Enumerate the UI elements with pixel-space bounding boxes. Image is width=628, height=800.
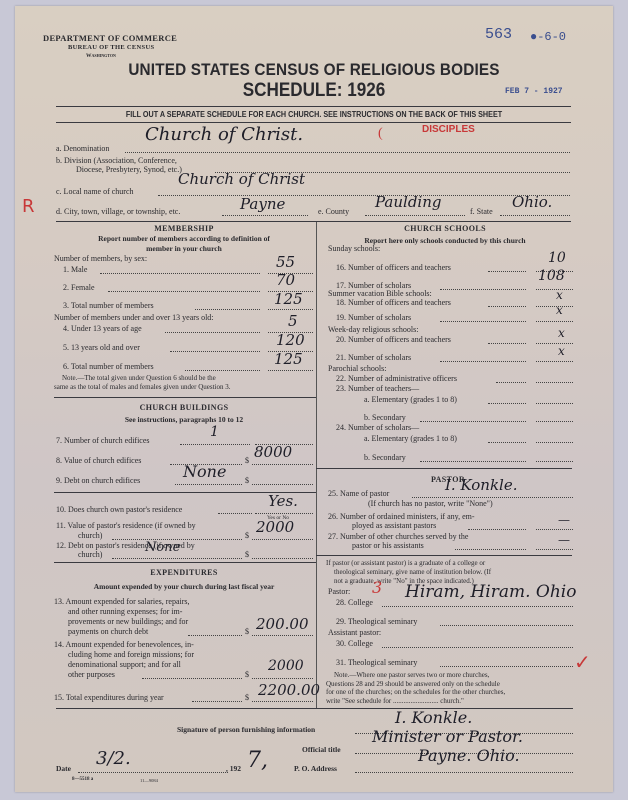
- admin-officers-field[interactable]: [536, 382, 573, 383]
- red-mark: (: [378, 126, 383, 142]
- received-date-stamp: FEB 7 - 1927: [505, 87, 563, 96]
- leader-dots: [170, 351, 260, 352]
- assistant-ministers-field[interactable]: [536, 529, 573, 530]
- residence-value-value: 2000: [256, 518, 294, 536]
- assistant-ministers-value: —: [558, 513, 570, 527]
- assistant-college-label: 30. College: [336, 639, 373, 648]
- city-label: Washington: [86, 53, 116, 59]
- leader-dots: [488, 271, 526, 272]
- residence-debt-value: None: [145, 540, 180, 555]
- owns-residence-field[interactable]: [255, 513, 313, 514]
- note-line: theological seminary, give name of insti…: [326, 568, 491, 577]
- leader-dots: [180, 444, 250, 445]
- summer-officers-field[interactable]: [536, 306, 573, 307]
- dollar-sign: $: [245, 627, 249, 636]
- pastor-seminary-label: 29. Theological seminary: [336, 617, 417, 626]
- leader-dots: [455, 549, 526, 550]
- teachers-elementary-field[interactable]: [536, 403, 573, 404]
- assistant-ministers-label-2: ployed as assistant pastors: [352, 521, 436, 530]
- dollar-sign: $: [245, 476, 249, 485]
- edifice-debt-field[interactable]: [252, 484, 313, 485]
- under-13-label: 4. Under 13 years of age: [63, 324, 142, 333]
- male-label: 1. Male: [63, 265, 87, 274]
- residence-debt-label-2: church): [78, 550, 102, 559]
- membership-subtitle-line: Report number of members according to de…: [56, 234, 312, 244]
- city-field[interactable]: [222, 215, 308, 216]
- weekday-schools-label: Week-day religious schools:: [328, 325, 418, 334]
- label-line: 13. Amount expended for salaries, repair…: [54, 597, 190, 607]
- salaries-label: 13. Amount expended for salaries, repair…: [54, 597, 190, 637]
- disciples-stamp: DISCIPLES: [422, 124, 475, 135]
- other-churches-label-2: pastor or his assistants: [352, 541, 424, 550]
- divider: [56, 122, 571, 123]
- summer-officers-value: x: [556, 288, 563, 302]
- dollar-sign: $: [245, 670, 249, 679]
- division-label-2: Diocese, Presbytery, Synod, etc.): [76, 165, 182, 174]
- scholars-label: 24. Number of scholars—: [336, 423, 419, 432]
- female-label: 2. Female: [63, 283, 95, 292]
- signature-label: Signature of person furnishing informati…: [177, 725, 315, 734]
- po-address-value: Payne. Ohio.: [418, 746, 520, 765]
- pastor-college-value: Hiram, Hiram. Ohio: [405, 582, 576, 602]
- po-address-label: P. O. Address: [294, 764, 337, 773]
- leader-dots: [440, 321, 526, 322]
- weekday-scholars-label: 21. Number of scholars: [336, 353, 411, 362]
- leader-dots: [100, 273, 260, 274]
- dollar-sign: $: [245, 550, 249, 559]
- pastor-name-value: I. Konkle.: [445, 476, 518, 494]
- form-code: 8—5518 a: [72, 777, 93, 782]
- local-name-label: c. Local name of church: [56, 187, 134, 196]
- assistant-pastor-subheading: Assistant pastor:: [328, 628, 381, 637]
- label-line: payments on church debt: [54, 627, 190, 637]
- sunday-officers-value: 10: [548, 250, 566, 266]
- red-check-icon: ✓: [574, 650, 591, 675]
- leader-dots: [420, 421, 526, 422]
- total-members-label: 3. Total number of members: [63, 301, 154, 310]
- date-field[interactable]: [78, 772, 228, 773]
- label-line: and other running expenses; for im-: [54, 607, 190, 617]
- total-members-2-field[interactable]: [268, 370, 313, 371]
- print-code: 11—9084: [140, 778, 158, 783]
- female-value: 70: [276, 271, 295, 289]
- schools-title: CHURCH SCHOOLS: [320, 224, 570, 233]
- denomination-value: Church of Christ.: [145, 124, 303, 145]
- residence-debt-field[interactable]: [252, 558, 313, 559]
- state-field[interactable]: [500, 215, 570, 216]
- summer-officers-label: 18. Number of officers and teachers: [336, 298, 451, 307]
- pastor-college-field[interactable]: [382, 606, 573, 607]
- male-value: 55: [276, 253, 295, 271]
- divider: [316, 555, 572, 556]
- sunday-officers-label: 16. Number of officers and teachers: [336, 263, 451, 272]
- pastor-note: Note.—Where one pastor serves two or mor…: [326, 671, 505, 705]
- leader-dots: [188, 635, 242, 636]
- label-line: denominational support; and for all: [54, 660, 194, 670]
- total-members-value: 125: [274, 290, 303, 308]
- membership-title: MEMBERSHIP: [56, 224, 312, 233]
- leader-dots: [488, 403, 526, 404]
- summer-scholars-label: 19. Number of scholars: [336, 313, 411, 322]
- stamp-number: 563: [485, 26, 512, 43]
- leader-dots: [488, 306, 526, 307]
- pastor-name-hint: (If church has no pastor, write "None"): [368, 499, 493, 508]
- pastor-subheading: Pastor:: [328, 587, 350, 596]
- other-churches-label: 27. Number of other churches served by t…: [328, 532, 468, 541]
- note-line: Note.—Where one pastor serves two or mor…: [326, 671, 505, 680]
- county-value: Paulding: [375, 193, 441, 211]
- summer-schools-label: Summer vacation Bible schools:: [328, 289, 432, 298]
- city-label: d. City, town, village, or township, etc…: [56, 207, 180, 216]
- leader-dots: [440, 361, 526, 362]
- divider: [56, 106, 571, 107]
- county-field[interactable]: [365, 215, 465, 216]
- assistant-ministers-label: 26. Number of ordained ministers, if any…: [328, 512, 475, 521]
- weekday-scholars-value: x: [558, 344, 565, 358]
- owns-residence-label: 10. Does church own pastor's residence: [56, 505, 182, 514]
- over-13-value: 120: [276, 331, 305, 349]
- salaries-field[interactable]: [252, 635, 313, 636]
- divider: [56, 221, 571, 222]
- edifice-debt-value: None: [183, 462, 226, 481]
- parochial-schools-label: Parochial schools:: [328, 364, 386, 373]
- note-line: Questions 28 and 29 should be answered o…: [326, 680, 505, 689]
- teachers-secondary-label: b. Secondary: [364, 413, 406, 422]
- local-name-value: Church of Christ: [178, 170, 305, 188]
- assistant-college-field[interactable]: [382, 647, 573, 648]
- label-line: cluding home and foreign missions; for: [54, 650, 194, 660]
- leader-dots: [165, 332, 260, 333]
- leader-dots: [488, 442, 526, 443]
- residence-value-label-2: church): [78, 531, 102, 540]
- divider: [316, 468, 572, 469]
- weekday-officers-value: x: [558, 326, 565, 340]
- form-title: UNITED STATES CENSUS OF RELIGIOUS BODIES: [31, 60, 596, 80]
- assistant-seminary-field[interactable]: [440, 666, 573, 667]
- salaries-value: 200.00: [256, 615, 309, 633]
- label-line: 14. Amount expended for benevolences, in…: [54, 640, 194, 650]
- other-churches-value: —: [558, 533, 570, 547]
- under-13-value: 5: [288, 312, 298, 330]
- county-label: e. County: [318, 207, 349, 216]
- leader-dots: [195, 309, 260, 310]
- stamp-code: ●-6-0: [530, 30, 566, 44]
- date-label: Date: [56, 764, 71, 773]
- membership-note-2: same as the total of males and females g…: [54, 383, 231, 391]
- assistant-seminary-label: 31. Theological seminary: [336, 658, 417, 667]
- weekday-scholars-field[interactable]: [536, 361, 573, 362]
- scholars-secondary-label: b. Secondary: [364, 453, 406, 462]
- city-value: Payne: [240, 195, 285, 213]
- denomination-field[interactable]: [125, 152, 570, 153]
- admin-officers-label: 22. Number of administrative officers: [336, 374, 457, 383]
- leader-dots: [192, 701, 242, 702]
- benevolences-value: 2000: [268, 658, 304, 674]
- total-expenditures-value: 2200.00: [258, 681, 320, 699]
- residence-value-field[interactable]: [252, 539, 313, 540]
- expenditures-subtitle: Amount expended by your church during la…: [56, 582, 312, 592]
- instructions-banner: FILL OUT A SEPARATE SCHEDULE FOR EACH CH…: [31, 110, 596, 119]
- owns-residence-value: Yes.: [268, 492, 298, 510]
- leader-dots: [488, 343, 526, 344]
- total-members-field[interactable]: [268, 309, 313, 310]
- summer-scholars-field[interactable]: [536, 321, 573, 322]
- pastor-seminary-field[interactable]: [440, 625, 573, 626]
- denomination-label: a. Denomination: [56, 144, 109, 153]
- sunday-scholars-field[interactable]: [536, 289, 573, 290]
- over-13-label: 5. 13 years old and over: [63, 343, 140, 352]
- po-address-field[interactable]: [355, 772, 573, 773]
- state-value: Ohio.: [512, 193, 552, 211]
- teachers-label: 23. Number of teachers—: [336, 384, 419, 393]
- year-prefix: , 192: [226, 764, 241, 773]
- edifice-value-field[interactable]: [252, 464, 313, 465]
- division-label: b. Division (Association, Conference,: [56, 156, 177, 165]
- dollar-sign: $: [245, 693, 249, 702]
- membership-note: Note.—The total given under Question 6 s…: [62, 374, 216, 382]
- leader-dots: [112, 558, 242, 559]
- divider: [54, 562, 316, 563]
- teachers-secondary-field[interactable]: [536, 421, 573, 422]
- edifice-value-label: 8. Value of church edifices: [56, 456, 141, 465]
- leader-dots: [440, 289, 526, 290]
- membership-subtitle-line: member in your church: [56, 244, 312, 254]
- column-divider: [316, 222, 317, 708]
- official-title-label: Official title: [302, 745, 341, 754]
- note-line: for one of the churches; on the schedule…: [326, 688, 505, 697]
- membership-subtitle: Report number of members according to de…: [56, 234, 312, 254]
- buildings-title: CHURCH BUILDINGS: [56, 403, 312, 412]
- summer-scholars-value: x: [556, 303, 563, 317]
- leader-dots: [142, 678, 242, 679]
- other-churches-field[interactable]: [536, 549, 573, 550]
- pastor-name-field[interactable]: [412, 497, 573, 498]
- by-sex-label: Number of members, by sex:: [54, 254, 147, 263]
- benevolences-label: 14. Amount expended for benevolences, in…: [54, 640, 194, 680]
- scholars-elementary-field[interactable]: [536, 442, 573, 443]
- benevolences-field[interactable]: [252, 678, 313, 679]
- buildings-subtitle: See instructions, paragraphs 10 to 12: [56, 415, 312, 425]
- dollar-sign: $: [245, 531, 249, 540]
- scholars-secondary-field[interactable]: [536, 461, 573, 462]
- total-members-2-label: 6. Total number of members: [63, 362, 154, 371]
- label-line: provements or new buildings; and for: [54, 617, 190, 627]
- note-line: If pastor (or assistant pastor) is a gra…: [326, 559, 491, 568]
- note-line: write "See schedule for ................…: [326, 697, 505, 706]
- total-members-2-value: 125: [274, 350, 303, 368]
- divider: [56, 708, 573, 709]
- edifices-value: 1: [210, 424, 219, 440]
- sunday-schools-label: Sunday schools:: [328, 244, 380, 253]
- pastor-college-label: 28. College: [336, 598, 373, 607]
- dollar-sign: $: [245, 456, 249, 465]
- edifice-debt-label: 9. Debt on church edifices: [56, 476, 140, 485]
- scholars-elementary-label: a. Elementary (grades 1 to 8): [364, 434, 457, 443]
- weekday-officers-field[interactable]: [536, 343, 573, 344]
- leader-dots: [218, 513, 252, 514]
- leader-dots: [185, 370, 260, 371]
- leader-dots: [108, 291, 260, 292]
- state-label: f. State: [470, 207, 493, 216]
- leader-dots: [468, 529, 526, 530]
- year-digit-value: 7,: [247, 748, 268, 773]
- divider: [54, 397, 316, 398]
- bureau-label: BUREAU OF THE CENSUS: [68, 44, 154, 51]
- official-title-value: Minister or Pastor.: [372, 727, 523, 746]
- by-age-label: Number of members under and over 13 year…: [54, 313, 214, 322]
- total-expenditures-label: 15. Total expenditures during year: [54, 693, 164, 702]
- weekday-officers-label: 20. Number of officers and teachers: [336, 335, 451, 344]
- expenditures-title: EXPENDITURES: [56, 568, 312, 577]
- teachers-elementary-label: a. Elementary (grades 1 to 8): [364, 395, 457, 404]
- margin-mark: R: [22, 196, 35, 217]
- department-label: DEPARTMENT OF COMMERCE: [43, 33, 177, 43]
- leader-dots: [175, 484, 242, 485]
- total-expenditures-field[interactable]: [252, 701, 313, 702]
- pastor-name-label: 25. Name of pastor: [328, 489, 389, 498]
- date-value: 3/2.: [96, 748, 131, 769]
- leader-dots: [496, 382, 526, 383]
- edifices-label: 7. Number of church edifices: [56, 436, 150, 445]
- edifice-value-value: 8000: [254, 443, 292, 461]
- residence-value-label: 11. Value of pastor's residence (if owne…: [56, 521, 196, 530]
- red-mark-3: 3: [372, 578, 382, 597]
- local-name-field[interactable]: [158, 195, 570, 196]
- sunday-scholars-value: 108: [538, 268, 565, 284]
- signature-value: I. Konkle.: [395, 708, 472, 727]
- leader-dots: [420, 461, 526, 462]
